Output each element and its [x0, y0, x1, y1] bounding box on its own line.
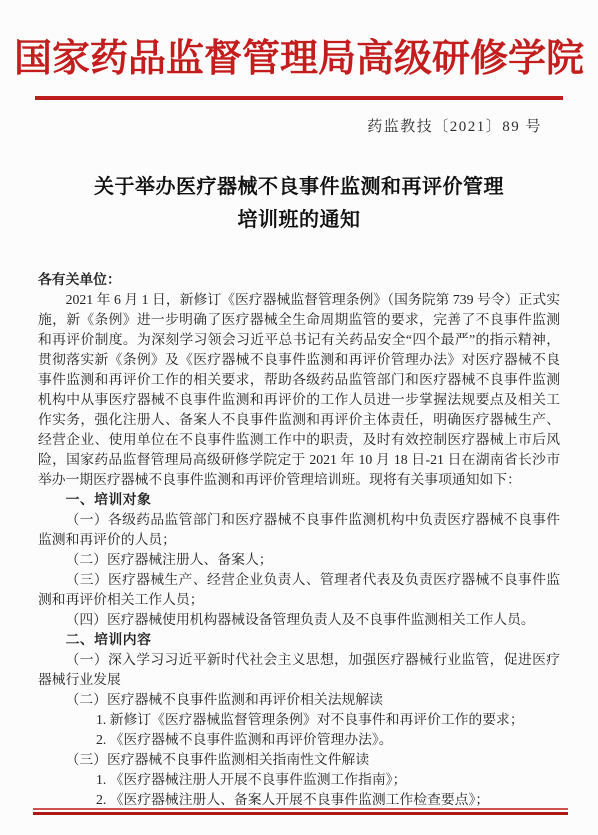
list-item: （一）各级药品监管部门和医疗器械不良事件监测机构中负责医疗器械不良事件监测和再评… — [38, 510, 560, 550]
list-item: （三）医疗器械不良事件监测相关指南性文件解读 — [38, 750, 560, 770]
document-title-line1: 关于举办医疗器械不良事件监测和再评价管理 — [0, 171, 598, 204]
document-number: 药监教技〔2021〕89 号 — [0, 115, 598, 136]
document-body: 各有关单位： 2021 年 6 月 1 日，新修订《医疗器械监督管理条例》（国务… — [38, 270, 560, 810]
document-page: 国家药品监督管理局高级研修学院 药监教技〔2021〕89 号 关于举办医疗器械不… — [0, 0, 598, 835]
footer-double-rule — [33, 808, 568, 815]
list-item: （一）深入学习习近平新时代社会主义思想，加强医疗器械行业监管，促进医疗器械行业发… — [38, 650, 560, 690]
list-item: （二）医疗器械注册人、备案人； — [38, 550, 560, 570]
section-heading: 二、培训内容 — [38, 630, 560, 650]
document-title: 关于举办医疗器械不良事件监测和再评价管理 培训班的通知 — [0, 171, 598, 237]
list-item: （四）医疗器械使用机构器械设备管理负责人及不良事件监测相关工作人员。 — [38, 610, 560, 630]
header-red-rule — [35, 96, 563, 100]
list-item: （二）医疗器械不良事件监测和再评价相关法规解读 — [38, 690, 560, 710]
numbered-item: 1. 《医疗器械注册人开展不良事件监测工作指南》； — [38, 770, 560, 790]
salutation: 各有关单位： — [38, 270, 560, 290]
list-item: （三）医疗器械生产、经营企业负责人、管理者代表及负责医疗器械不良事件监测和再评价… — [38, 570, 560, 610]
footer-rule-thick-line — [33, 812, 568, 815]
numbered-item: 2. 《医疗器械不良事件监测和再评价管理办法》。 — [38, 730, 560, 750]
numbered-item: 2. 《医疗器械注册人、备案人开展不良事件监测工作检查要点》； — [38, 790, 560, 810]
body-paragraph: 2021 年 6 月 1 日，新修订《医疗器械监督管理条例》（国务院第 739 … — [38, 290, 560, 490]
document-title-line2: 培训班的通知 — [0, 204, 598, 237]
issuing-organization-title: 国家药品监督管理局高级研修学院 — [0, 27, 598, 82]
section-heading: 一、培训对象 — [38, 490, 560, 510]
numbered-item: 1. 新修订《医疗器械监督管理条例》对不良事件和再评价工作的要求； — [38, 710, 560, 730]
